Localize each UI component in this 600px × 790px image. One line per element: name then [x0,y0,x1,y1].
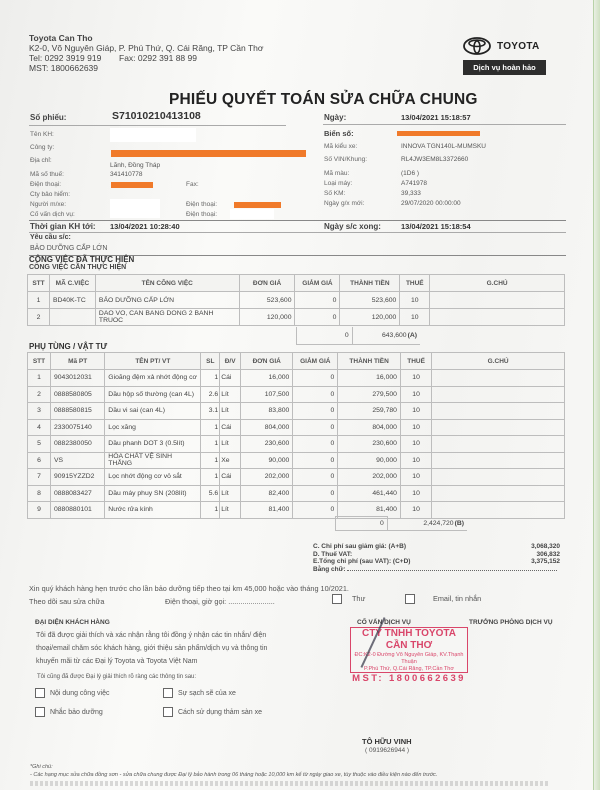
redacted-address [111,150,306,157]
logo-tagline: Dịch vụ hoàn hảo [463,60,546,75]
parts-header-cell: Mã PT [50,353,104,370]
work-header-cell: GIẢM GIÁ [295,275,340,292]
parts-cell-dv: Cái [220,469,241,486]
parts-cell-stt: 3 [28,403,51,420]
parts-cell-dv: Cái [220,370,241,387]
manager-title: TRƯỞNG PHÒNG DỊCH VỤ [469,619,553,626]
parts-cell-ma: 0888580815 [50,403,104,420]
consent-line1: Tôi đã được giải thích và xác nhận rằng … [36,632,266,639]
dien-thoai2-label: Điện thoại: [186,201,217,208]
explained-text: Tôi cũng đã được Đại lý giải thích rõ rà… [37,674,196,680]
parts-cell-stt: 6 [28,452,51,469]
parts-cell-ma: 2330075140 [50,419,104,436]
work-cell-ghi_chu [430,309,565,326]
consent-line3: khuyến mãi từ các Đại lý Toyota và Toyot… [36,658,198,665]
parts-cell-ten: Dầu phanh DOT 3 (0.5lít) [105,436,201,453]
dien-thoai-label: Điện thoại: [30,181,61,188]
parts-cell-giam_gia: 0 [293,485,338,502]
parts-row: 790915YZZD2Lọc nhớt động cơ vỏ sắt1Cái20… [28,469,565,486]
parts-cell-stt: 5 [28,436,51,453]
parts-header-cell: GIẢM GIÁ [293,353,338,370]
parts-cell-ma: 0888083427 [50,485,104,502]
parts-cell-ghi_chu [432,370,565,387]
parts-cell-ma: VS [50,452,104,469]
thu-checkbox[interactable] [332,594,342,604]
email-option[interactable]: Email, tin nhắn [405,594,481,604]
loai-may-value: A741978 [401,180,427,187]
work-cell-ghi_chu [430,292,565,309]
loai-may-label: Loại máy: [324,180,352,187]
work-header-cell: STT [28,275,50,292]
page-edge [593,0,600,790]
parts-cell-ten: Dầu máy phuy SN (208lít) [105,485,201,502]
parts-row: 80888083427Dầu máy phuy SN (208lít)5.6Lí… [28,485,565,502]
parts-cell-thanh_tien: 16,000 [338,370,401,387]
co-van-label: Cố vấn dịch vụ: [30,211,75,218]
parts-header-cell: Đ/V [220,353,241,370]
consent-line2: thoại/email chăm sóc khách hàng, giới th… [36,645,267,652]
parts-cell-sl: 1 [201,419,220,436]
company-tel: Tel: 0292 3919 919 [29,53,119,63]
ma-mau-value: (1D6 ) [401,170,419,177]
parts-cell-giam_gia: 0 [293,502,338,519]
parts-cell-thanh_tien: 804,000 [338,419,401,436]
parts-cell-don_gia: 83,800 [241,403,293,420]
dien-thoai3-label: Điện thoại: [186,211,217,218]
work-cell-don_gia: 120,000 [239,309,295,326]
logo-word: TOYOTA [497,41,540,52]
parts-row: 30888580815Dầu vi sai (can 4L)3.1Lít83,8… [28,403,565,420]
work-cell-giam_gia: 0 [295,309,340,326]
parts-cell-ten: Nước rửa kính [105,502,201,519]
company-fax: Fax: 0292 391 88 99 [119,53,197,63]
parts-cell-ma: 9043012031 [50,370,104,387]
parts-cell-ghi_chu [432,386,565,403]
parts-cell-sl: 1 [201,370,220,387]
parts-cell-ten: Dầu vi sai (can 4L) [105,403,201,420]
advisor-name: TÔ HỮU VINH [362,737,412,746]
su-sach-se-checkbox[interactable] [163,688,173,698]
so-phieu-label: Số phiếu: [30,113,66,122]
nhac-bao-duong-checkbox[interactable] [35,707,45,717]
parts-cell-thue: 10 [400,485,431,502]
work-cell-ma: BD40K-TC [49,292,95,309]
customer-rep-title: ĐẠI DIỆN KHÁCH HÀNG [35,619,110,626]
parts-cell-stt: 9 [28,502,51,519]
parts-cell-dv: Lít [220,403,241,420]
parts-cell-sl: 2.6 [201,386,220,403]
parts-cell-ghi_chu [432,469,565,486]
parts-cell-stt: 1 [28,370,51,387]
cty-bao-hiem-label: Cty bảo hiểm: [30,191,70,198]
work-cell-ma [49,309,95,326]
parts-cell-dv: Xe [220,452,241,469]
parts-header-cell: STT [28,353,51,370]
nguoi-mxe-label: Người m/xe: [30,201,66,208]
parts-cell-ten: Gioăng đệm xả nhớt động cơ [105,370,201,387]
parts-cell-thanh_tien: 259,780 [338,403,401,420]
parts-cell-ghi_chu [432,419,565,436]
parts-cell-giam_gia: 0 [293,370,338,387]
request-text: BẢO DƯỠNG CẤP LỚN [30,245,107,252]
ma-mau-label: Mã màu: [324,170,349,177]
work-total: 0 643,600(A) [296,327,420,345]
parts-cell-thue: 10 [400,370,431,387]
ten-kh-label: Tên KH: [30,131,54,138]
parts-cell-don_gia: 107,500 [241,386,293,403]
page-title: PHIẾU QUYẾT TOÁN SỬA CHỮA CHUNG [169,91,478,109]
parts-cell-ten: Dầu hộp số thường (can 4L) [105,386,201,403]
parts-cell-giam_gia: 0 [293,419,338,436]
parts-cell-dv: Lít [220,436,241,453]
parts-cell-ma: 0888580805 [50,386,104,403]
parts-cell-giam_gia: 0 [293,436,338,453]
work-cell-stt: 2 [28,309,50,326]
ma-kieu-xe-label: Mã kiểu xe: [324,143,357,150]
reminder-text: Xin quý khách hàng hẹn trước cho lần bảo… [29,584,349,593]
so-phieu-value: S71010210413108 [112,110,201,122]
kh-toi-label: Thời gian KH tới: [30,222,96,231]
parts-cell-sl: 1 [201,469,220,486]
parts-header-cell: G.CHÚ [432,353,565,370]
parts-cell-dv: Lít [220,386,241,403]
bien-so-label: Biển số: [324,129,354,138]
parts-cell-ghi_chu [432,485,565,502]
notes-title: *Ghi chú: [30,764,53,770]
summary-d-value: 306,832 [520,551,560,559]
kh-toi-value: 13/04/2021 10:28:40 [110,222,180,231]
ngay-label: Ngày: [324,113,346,122]
parts-cell-stt: 7 [28,469,51,486]
parts-cell-ghi_chu [432,403,565,420]
sc-xong-value: 13/04/2021 15:18:54 [401,222,471,231]
work-header-cell: THÀNH TIỀN [340,275,400,292]
parts-cell-ma: 90915YZZD2 [50,469,104,486]
parts-section-title: PHỤ TÙNG / VẬT TƯ [29,342,107,351]
parts-cell-ten: Lọc xăng [105,419,201,436]
parts-row: 20888580805Dầu hộp số thường (can 4L)2.6… [28,386,565,403]
parts-cell-don_gia: 82,400 [241,485,293,502]
dia-chi-label: Địa chỉ: [30,157,52,164]
parts-total-value: 2,424,720(B) [387,517,467,531]
redacted-plate [397,131,480,136]
parts-cell-don_gia: 16,000 [241,370,293,387]
parts-cell-ten: HÓA CHẤT VỆ SINH THẮNG [105,452,201,469]
work-total-value: 643,600(A) [352,327,420,344]
work-header-cell: ĐƠN GIÁ [239,275,295,292]
thu-option[interactable]: Thư [332,594,365,604]
work-total-discount: 0 [297,327,353,344]
parts-row: 90880880101Nước rửa kính1Lít81,400081,40… [28,502,565,519]
parts-cell-sl: 1 [201,452,220,469]
ngay-gx-label: Ngày g/x mới: [324,200,364,207]
parts-total-discount: 0 [336,517,388,531]
parts-cell-stt: 8 [28,485,51,502]
notes-line2-cutoff [30,781,550,786]
summary-c-value: 3,068,320 [520,543,560,551]
work-header-cell: G.CHÚ [430,275,565,292]
parts-cell-don_gia: 804,000 [241,419,293,436]
parts-row: 19043012031Gioăng đệm xả nhớt động cơ1Cá… [28,370,565,387]
work-table: STTMÃ C.VIỆCTÊN CÔNG VIỆCĐƠN GIÁGIẢM GIÁ… [27,274,565,326]
work-cell-thanh_tien: 120,000 [340,309,400,326]
ma-so-thue-value: 341410778 [110,171,143,178]
parts-cell-thue: 10 [400,386,431,403]
work-cell-giam_gia: 0 [295,292,340,309]
parts-header-cell: SL [201,353,220,370]
cong-ty-label: Công ty: [30,144,54,151]
parts-cell-thanh_tien: 202,000 [338,469,401,486]
parts-cell-giam_gia: 0 [293,452,338,469]
toyota-emblem-icon [463,37,491,55]
redacted-phone2 [234,202,281,208]
work-cell-don_gia: 523,600 [239,292,295,309]
parts-header-cell: ĐƠN GIÁ [241,353,293,370]
parts-cell-stt: 2 [28,386,51,403]
work-sub-title: CÔNG VIỆC CẦN THỰC HIỆN [29,264,126,271]
work-cell-thue: 10 [400,292,430,309]
check-tham-san[interactable]: Cách sử dụng thảm sàn xe [163,707,262,717]
work-cell-ten: DAO VO, CAN BANG DONG 2 BANH TRUOC [95,309,239,326]
parts-cell-ten: Lọc nhớt động cơ vỏ sắt [105,469,201,486]
parts-cell-thue: 10 [400,469,431,486]
redacted-phone [111,182,153,188]
parts-cell-ma: 0882380050 [50,436,104,453]
theo-doi-label: Theo dõi sau sửa chữa [29,597,104,606]
ngay-gx-value: 29/07/2020 00:00:00 [401,200,461,207]
work-cell-thanh_tien: 523,600 [340,292,400,309]
parts-cell-ghi_chu [432,436,565,453]
parts-cell-giam_gia: 0 [293,469,338,486]
parts-cell-sl: 1 [201,502,220,519]
advisor-phone: ( 0919626944 ) [365,747,409,754]
dia-chi-line2: Lãnh, Đồng Tháp [110,162,160,169]
work-header-cell: THUẾ [400,275,430,292]
noi-dung-checkbox[interactable] [35,688,45,698]
tham-san-checkbox[interactable] [163,707,173,717]
work-cell-ten: BẢO DƯỠNG CẤP LỚN [95,292,239,309]
so-vin-value: RL4JW3EM8L3372660 [401,156,468,163]
parts-cell-thue: 10 [400,403,431,420]
parts-row: 6VSHÓA CHẤT VỆ SINH THẮNG1Xe90,000090,00… [28,452,565,469]
parts-cell-dv: Lít [220,502,241,519]
company-info: Toyota Can Tho K2-0, Võ Nguyên Giáp, P. … [29,33,263,73]
work-row: 2DAO VO, CAN BANG DONG 2 BANH TRUOC120,0… [28,309,565,326]
parts-cell-dv: Cái [220,419,241,436]
parts-cell-thanh_tien: 279,500 [338,386,401,403]
redacted-owner [110,199,160,218]
parts-cell-giam_gia: 0 [293,386,338,403]
so-km-value: 39,333 [401,190,421,197]
thu-label: Thư [352,594,365,603]
work-cell-stt: 1 [28,292,50,309]
ma-so-thue-label: Mã số thuế: [30,171,64,178]
notes-line1: - Các hạng mục sửa chữa đồng sơn - sửa c… [30,772,437,778]
work-row: 1BD40K-TCBẢO DƯỠNG CẤP LỚN523,6000523,60… [28,292,565,309]
check-su-sach-se[interactable]: Sự sạch sẽ của xe [163,688,236,698]
work-cell-thue: 10 [400,309,430,326]
parts-cell-don_gia: 230,600 [241,436,293,453]
summary-e-value: 3,375,152 [520,558,560,566]
parts-header-cell: TÊN PT/ VT [105,353,201,370]
company-name: Toyota Can Tho [29,33,263,43]
parts-cell-thanh_tien: 461,440 [338,485,401,502]
check-noi-dung[interactable]: Nội dung công việc [35,688,110,698]
parts-cell-don_gia: 81,400 [241,502,293,519]
parts-table: STTMã PTTÊN PT/ VTSLĐ/VĐƠN GIÁGIẢM GIÁTH… [27,352,565,519]
parts-row: 50882380050Dầu phanh DOT 3 (0.5lít)1Lít2… [28,436,565,453]
parts-cell-don_gia: 90,000 [241,452,293,469]
parts-cell-stt: 4 [28,419,51,436]
parts-cell-don_gia: 202,000 [241,469,293,486]
check-nhac-bao-duong[interactable]: Nhắc bảo dưỡng [35,707,103,717]
parts-cell-sl: 1 [201,436,220,453]
phone-call-field[interactable]: Điện thoại, giờ gọi: ...................… [165,597,275,606]
parts-cell-sl: 5.6 [201,485,220,502]
ngay-value: 13/04/2021 15:18:57 [401,113,471,122]
parts-row: 42330075140Lọc xăng1Cái804,0000804,00010 [28,419,565,436]
parts-header-cell: THÀNH TIỀN [338,353,401,370]
parts-total: 0 2,424,720(B) [335,516,467,531]
so-km-label: Số KM: [324,190,345,197]
invoice-page: Toyota Can Tho K2-0, Võ Nguyên Giáp, P. … [0,0,600,790]
parts-cell-ma: 0880880101 [50,502,104,519]
work-header-cell: MÃ C.VIỆC [49,275,95,292]
parts-cell-sl: 3.1 [201,403,220,420]
sc-xong-label: Ngày s/c xong: [324,222,381,231]
redacted-name [110,128,196,142]
summary-values: 3,068,320 306,832 3,375,152 [520,543,560,566]
bang-chu-label: Bằng chữ: [313,566,346,573]
request-label: Yêu cầu s/c: [30,234,71,241]
work-header-cell: TÊN CÔNG VIỆC [95,275,239,292]
company-mst: MST: 1800662639 [29,63,263,73]
parts-cell-thue: 10 [400,452,431,469]
parts-header-cell: THUẾ [400,353,431,370]
toyota-logo: TOYOTA Dịch vụ hoàn hảo [463,37,563,75]
parts-cell-thanh_tien: 230,600 [338,436,401,453]
email-checkbox[interactable] [405,594,415,604]
parts-cell-dv: Lít [220,485,241,502]
work-section-title: CÔNG VIỆC ĐÃ THỰC HIỆN [29,255,134,264]
company-address: K2-0, Võ Nguyên Giáp, P. Phú Thứ, Q. Cái… [29,43,263,53]
parts-cell-thanh_tien: 90,000 [338,452,401,469]
email-label: Email, tin nhắn [433,594,481,603]
so-vin-label: Số VIN/Khung: [324,156,367,163]
fax-label: Fax: [186,181,199,188]
redacted-phone3 [230,209,274,219]
parts-cell-thue: 10 [400,419,431,436]
parts-cell-ghi_chu [432,452,565,469]
parts-cell-giam_gia: 0 [293,403,338,420]
ma-kieu-xe-value: INNOVA TGN140L-MUMSKU [401,143,486,150]
parts-cell-thue: 10 [400,436,431,453]
